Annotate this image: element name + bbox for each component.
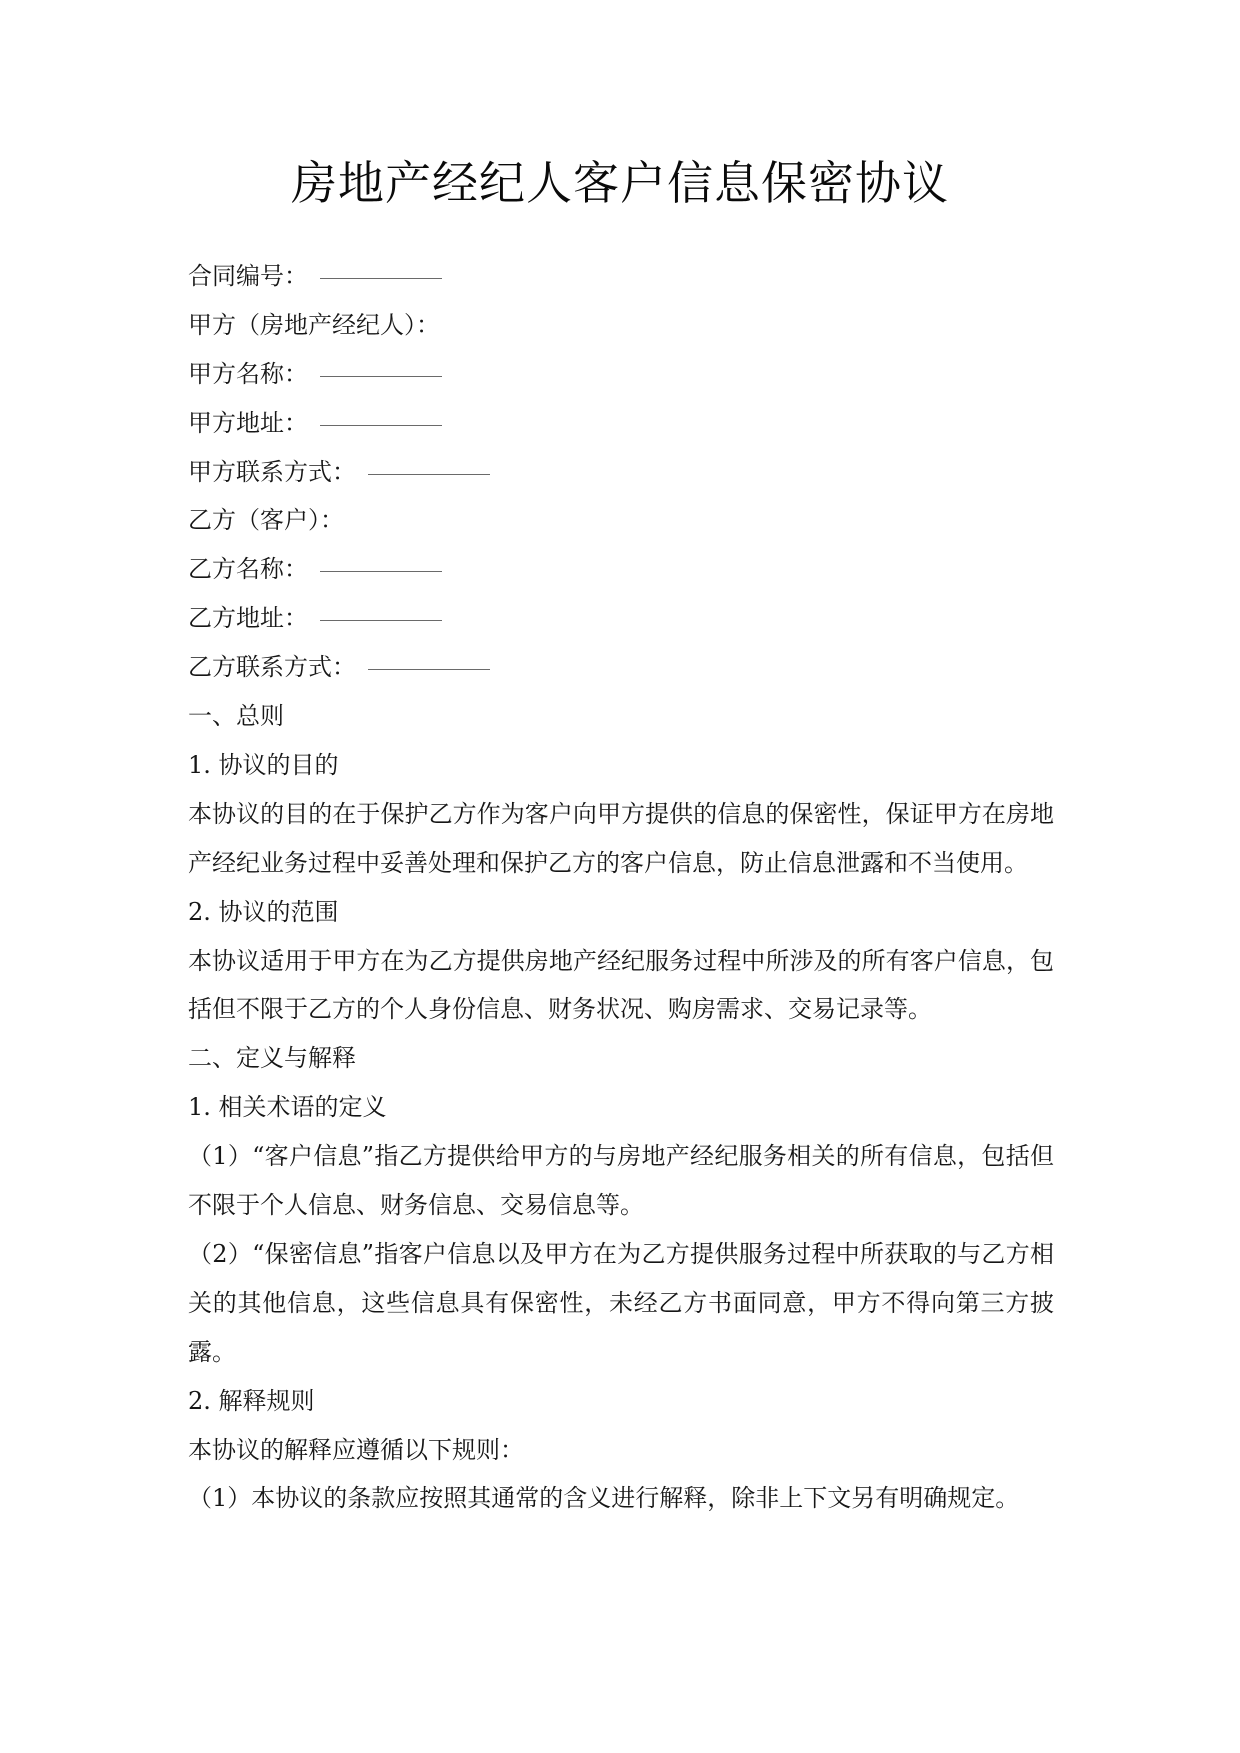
document-title: 房地产经纪人客户信息保密协议: [0, 150, 1240, 216]
field-label: 乙方联系方式：: [188, 653, 356, 681]
field-label: 乙方名称：: [188, 555, 308, 583]
blank-underline: [320, 399, 442, 426]
field-label: 合同编号：: [188, 262, 308, 290]
document-body: 合同编号： 甲方（房地产经纪人）： 甲方名称： 甲方地址： 甲方联系方式： 乙方…: [188, 252, 1054, 1523]
field-label: 乙方（客户）：: [188, 506, 344, 534]
party-a-heading: 甲方（房地产经纪人）：: [188, 301, 1054, 350]
party-b-heading: 乙方（客户）：: [188, 496, 1054, 545]
paragraph: （1）本协议的条款应按照其通常的含义进行解释，除非上下文另有明确规定。: [188, 1474, 1054, 1523]
subsection-heading: 2. 协议的范围: [188, 888, 1054, 937]
paragraph: （1）“客户信息”指乙方提供给甲方的与房地产经纪服务相关的所有信息，包括但不限于…: [188, 1132, 1054, 1230]
blank-underline: [320, 545, 442, 572]
paragraph: 本协议适用于甲方在为乙方提供房地产经纪服务过程中所涉及的所有客户信息，包括但不限…: [188, 937, 1054, 1035]
subsection-heading: 2. 解释规则: [188, 1377, 1054, 1426]
section-heading: 一、总则: [188, 692, 1054, 741]
field-contract-number: 合同编号：: [188, 252, 1054, 301]
blank-underline: [320, 252, 442, 279]
field-party-a-address: 甲方地址：: [188, 399, 1054, 448]
section-heading: 二、定义与解释: [188, 1034, 1054, 1083]
field-label: 甲方（房地产经纪人）：: [188, 311, 440, 339]
field-party-a-contact: 甲方联系方式：: [188, 448, 1054, 497]
field-label: 甲方名称：: [188, 360, 308, 388]
field-party-b-name: 乙方名称：: [188, 545, 1054, 594]
blank-underline: [368, 448, 490, 475]
subsection-heading: 1. 协议的目的: [188, 741, 1054, 790]
paragraph: （2）“保密信息”指客户信息以及甲方在为乙方提供服务过程中所获取的与乙方相关的其…: [188, 1230, 1054, 1377]
field-party-b-address: 乙方地址：: [188, 594, 1054, 643]
blank-underline: [368, 643, 490, 670]
paragraph: 本协议的解释应遵循以下规则：: [188, 1426, 1054, 1475]
field-party-a-name: 甲方名称：: [188, 350, 1054, 399]
paragraph: 本协议的目的在于保护乙方作为客户向甲方提供的信息的保密性，保证甲方在房地产经纪业…: [188, 790, 1054, 888]
field-party-b-contact: 乙方联系方式：: [188, 643, 1054, 692]
field-label: 乙方地址：: [188, 604, 308, 632]
blank-underline: [320, 594, 442, 621]
blank-underline: [320, 350, 442, 377]
subsection-heading: 1. 相关术语的定义: [188, 1083, 1054, 1132]
document-page: 房地产经纪人客户信息保密协议 合同编号： 甲方（房地产经纪人）： 甲方名称： 甲…: [0, 0, 1240, 1753]
field-label: 甲方地址：: [188, 409, 308, 437]
field-label: 甲方联系方式：: [188, 458, 356, 486]
